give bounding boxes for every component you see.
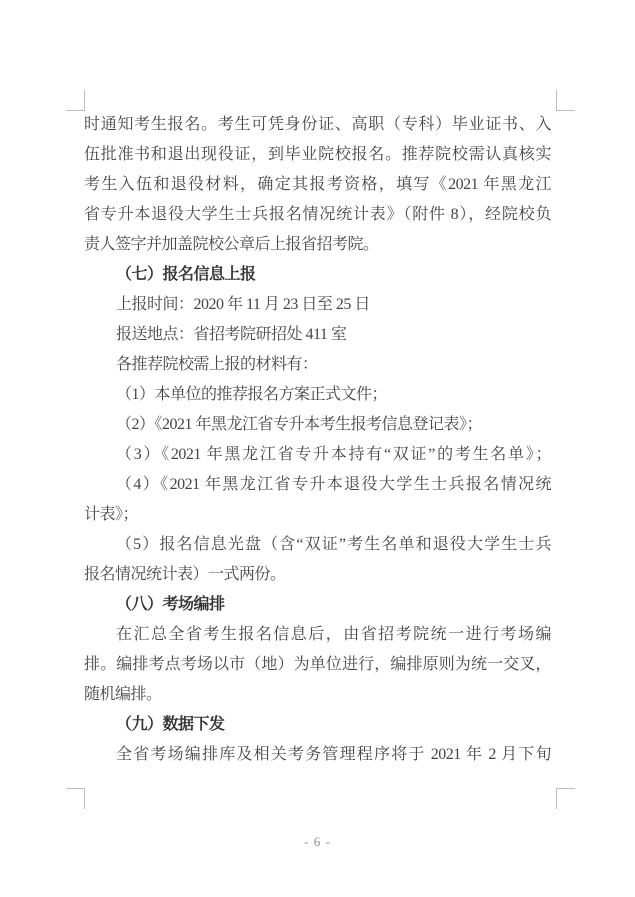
list-item: （3）《2021 年黑龙江省专升本持有“双证”的考生名单》； <box>84 440 551 470</box>
document-page: 时通知考生报名。考生可凭身份证、高职（专科）毕业证书、入 伍批准书和退出现役证，… <box>0 0 635 897</box>
text-line: 伍批准书和退出现役证，到毕业院校报名。推荐院校需认真核实 <box>84 140 551 170</box>
section-heading: （七）报名信息上报 <box>84 260 551 290</box>
list-item: （5）报名信息光盘（含“双证”考生名单和退役大学生士兵 <box>84 530 551 560</box>
text-line: 排。编排考点考场以市（地）为单位进行，编排原则为统一交叉， <box>84 650 551 680</box>
section-heading: （八）考场编排 <box>84 590 551 620</box>
text-line: 在汇总全省考生报名信息后，由省招考院统一进行考场编 <box>84 620 551 650</box>
section-heading: （九）数据下发 <box>84 710 551 740</box>
text-line: 省专升本退役大学生士兵报名情况统计表》（附件 8），经院校负 <box>84 200 551 230</box>
list-item: （4）《2021 年黑龙江省专升本退役大学生士兵报名情况统 <box>84 470 551 500</box>
list-item: 计表》； <box>84 500 551 530</box>
document-body: 时通知考生报名。考生可凭身份证、高职（专科）毕业证书、入 伍批准书和退出现役证，… <box>84 110 551 770</box>
text-line: 各推荐院校需上报的材料有： <box>84 350 551 380</box>
list-item: 报名情况统计表）一式两份。 <box>84 560 551 590</box>
page-number: - 6 - <box>0 834 635 850</box>
text-line: 随机编排。 <box>84 680 551 710</box>
list-item: （1）本单位的推荐报名方案正式文件； <box>84 380 551 410</box>
crop-mark-top-left <box>66 90 85 111</box>
crop-mark-bottom-right <box>556 788 575 809</box>
text-line: 责人签字并加盖院校公章后上报省招考院。 <box>84 230 551 260</box>
text-line: 上报时间：2020 年 11 月 23 日至 25 日 <box>84 290 551 320</box>
crop-mark-top-right <box>556 90 575 111</box>
list-item: （2）《2021 年黑龙江省专升本考生报考信息登记表》； <box>84 410 551 440</box>
text-line: 全省考场编排库及相关考务管理程序将于 2021 年 2 月下旬 <box>84 740 551 770</box>
crop-mark-bottom-left <box>66 788 85 809</box>
text-line: 考生入伍和退役材料，确定其报考资格，填写《2021 年黑龙江 <box>84 170 551 200</box>
text-line: 时通知考生报名。考生可凭身份证、高职（专科）毕业证书、入 <box>84 110 551 140</box>
text-line: 报送地点：省招考院研招处 411 室 <box>84 320 551 350</box>
